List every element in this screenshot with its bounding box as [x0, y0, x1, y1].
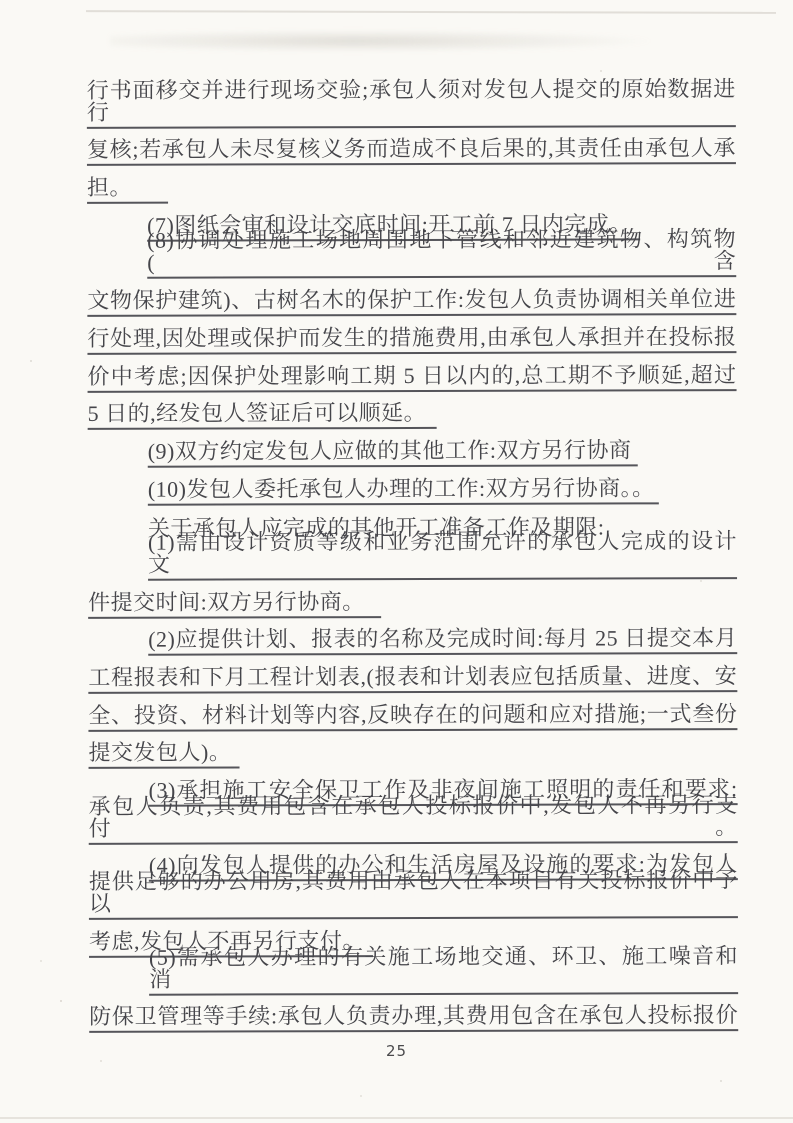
line-text: 防保卫管理等手续:承包人负责办理,其费用包含在承包人投标报价	[89, 1004, 738, 1033]
text-line: (2)应提供计划、报表的名称及完成时间:每月 25 日提交本月	[88, 617, 737, 656]
line-text: 提交发包人)。	[88, 742, 239, 769]
page-number: 25	[0, 1042, 793, 1060]
text-line: 提供足够的办公用房,其费用由承包人在本项目有关投标报价中予以	[89, 881, 738, 920]
line-text: (5)需承包人办理的有关施工场地交通、环卫、施工噪音和消	[149, 945, 738, 996]
text-line: 提交发包人)。	[88, 730, 737, 769]
line-text: 提供足够的办公用房,其费用由承包人在本项目有关投标报价中予以	[89, 869, 738, 920]
line-text: 文物保护建筑)、古树名木的保护工作:发包人负责协调相关单位进	[87, 288, 736, 317]
text-line: 文物保护建筑)、古树名木的保护工作:发包人负责协调相关单位进	[87, 278, 736, 317]
line-text: 价中考虑;因保护处理影响工期 5 日以内的,总工期不予顺延,超过	[87, 364, 736, 393]
scan-edge-top	[86, 10, 776, 14]
text-line: 工程报表和下月工程计划表,(报表和计划表应包括质量、进度、安	[88, 654, 737, 693]
text-line: (5)需承包人办理的有关施工场地交通、环卫、施工噪音和消	[89, 956, 738, 995]
line-text: 件提交时间:双方另行协商。	[88, 591, 381, 619]
text-line: 担。	[87, 165, 736, 204]
text-line: 5 日的,经发包人签证后可以顺延。	[88, 391, 737, 430]
text-line: 复核;若承包人未尽复核义务而造成不良后果的,其责任由承包人承	[87, 127, 736, 166]
scan-smudge	[110, 30, 650, 52]
text-line: 行处理,因处理或保护而发生的措施费用,由承包人承担并在投标报	[87, 315, 736, 354]
text-line: 承包人负责,其费用包含在承包人投标报价中,发包人不再另行支付。	[89, 805, 738, 844]
scanned-page: 行书面移交并进行现场交验;承包人须对发包人提交的原始数据进行 复核;若承包人未尽…	[0, 0, 793, 1123]
line-text: 行书面移交并进行现场交验;承包人须对发包人提交的原始数据进行	[87, 78, 736, 129]
line-text: 担。	[87, 177, 168, 204]
line-text: (9)双方约定发包人应做的其他工作:双方另行协商	[148, 439, 638, 467]
line-text: 5 日的,经发包人签证后可以顺延。	[88, 402, 437, 430]
text-line: (10)发包人委托承包人办理的工作:双方另行协商。。	[88, 466, 737, 505]
scan-speckles	[60, 1000, 62, 1002]
line-text: 行处理,因处理或保护而发生的措施费用,由承包人承担并在投标报	[87, 326, 736, 355]
line-text: 全、投资、材料计划等内容,反映存在的问题和应对措施;一式叁份	[88, 703, 737, 732]
text-line: 全、投资、材料计划等内容,反映存在的问题和应对措施;一式叁份	[88, 692, 737, 731]
text-line: (8)协调处理施工场地周围地下管线和邻近建筑物、构筑物(含	[87, 240, 736, 279]
document-body: 行书面移交并进行现场交验;承包人须对发包人提交的原始数据进行 复核;若承包人未尽…	[87, 89, 738, 1033]
line-text: (10)发包人委托承包人办理的工作:双方另行协商。。	[148, 477, 659, 505]
text-line: (1)需由设计资质等级和业务范围允许的承包人完成的设计文	[88, 541, 737, 580]
line-text: (8)协调处理施工场地周围地下管线和邻近建筑物、构筑物(含	[147, 229, 736, 280]
line-text: 复核;若承包人未尽复核义务而造成不良后果的,其责任由承包人承	[87, 138, 736, 167]
scan-edge-bottom	[0, 1117, 793, 1119]
line-text: 承包人负责,其费用包含在承包人投标报价中,发包人不再另行支付。	[89, 794, 738, 845]
text-line: 价中考虑;因保护处理影响工期 5 日以内的,总工期不予顺延,超过	[87, 353, 736, 392]
text-line: (9)双方约定发包人应做的其他工作:双方另行协商	[88, 428, 737, 467]
text-line: 件提交时间:双方另行协商。	[88, 579, 737, 618]
line-text: (2)应提供计划、报表的名称及完成时间:每月 25 日提交本月	[148, 627, 737, 656]
text-line: 防保卫管理等手续:承包人负责办理,其费用包含在承包人投标报价	[89, 994, 738, 1033]
line-text: 工程报表和下月工程计划表,(报表和计划表应包括质量、进度、安	[88, 665, 737, 694]
text-line: 行书面移交并进行现场交验;承包人须对发包人提交的原始数据进行	[87, 89, 736, 128]
line-text: (1)需由设计资质等级和业务范围允许的承包人完成的设计文	[148, 530, 737, 581]
